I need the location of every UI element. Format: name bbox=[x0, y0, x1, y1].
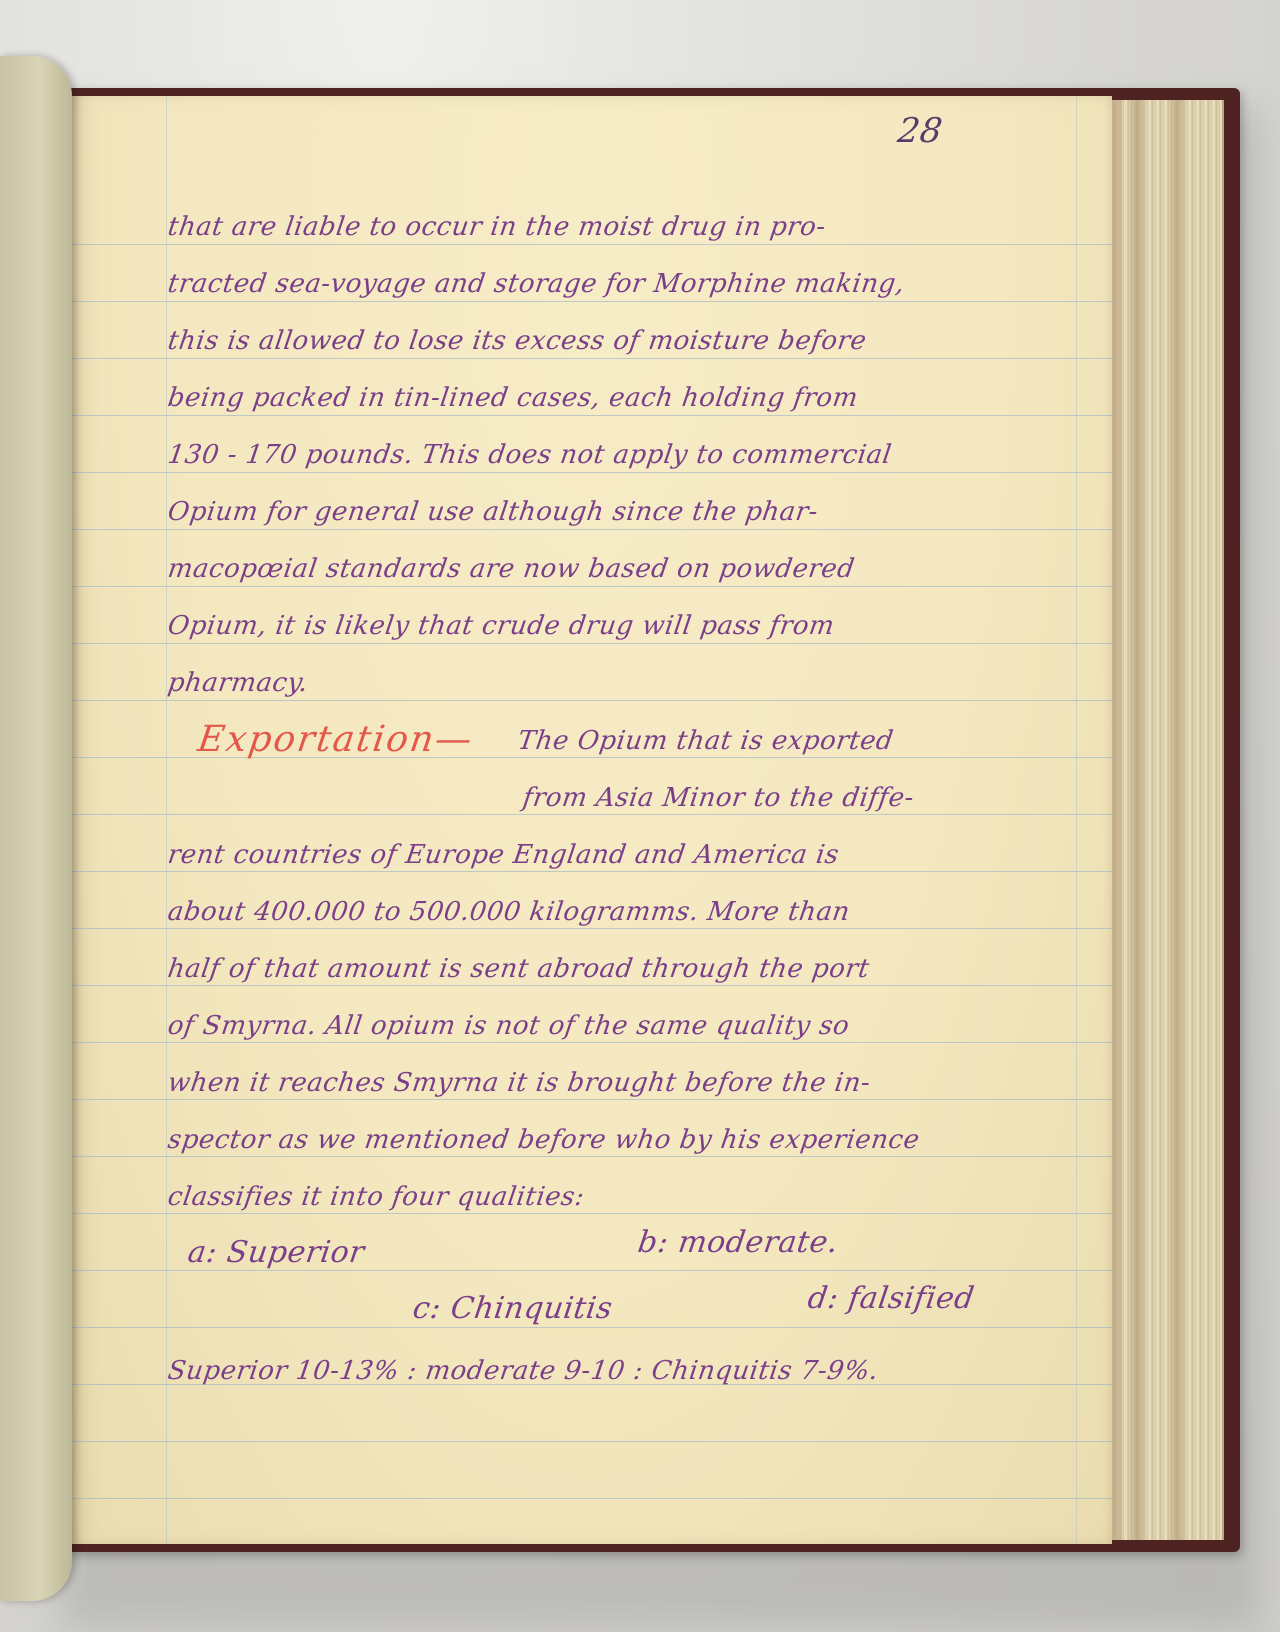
ruled-line bbox=[68, 814, 1112, 815]
ruled-line bbox=[68, 700, 1112, 701]
ruled-line bbox=[68, 1270, 1112, 1271]
page-edges bbox=[1100, 100, 1224, 1540]
ruled-line bbox=[68, 1099, 1112, 1100]
text-line: that are liable to occur in the moist dr… bbox=[166, 214, 827, 240]
text-line: Opium for general use although since the… bbox=[166, 499, 820, 525]
quality-percentages: Superior 10-13% : moderate 9-10 : Chinqu… bbox=[166, 1358, 880, 1384]
text-line: tracted sea-voyage and storage for Morph… bbox=[166, 271, 906, 297]
ruled-line bbox=[68, 301, 1112, 302]
section-lead-continued: from Asia Minor to the diffe- bbox=[521, 785, 916, 811]
text-line: 130 - 170 pounds. This does not apply to… bbox=[166, 442, 893, 468]
ruled-line bbox=[68, 358, 1112, 359]
quality-c: c: Chinquitis bbox=[411, 1294, 615, 1324]
text-line: half of that amount is sent abroad throu… bbox=[166, 956, 871, 982]
section-lead: The Opium that is exported bbox=[516, 728, 895, 754]
text-line: this is allowed to lose its excess of mo… bbox=[166, 328, 868, 354]
ruled-line bbox=[68, 1156, 1112, 1157]
ruled-line bbox=[68, 529, 1112, 530]
quality-a: a: Superior bbox=[186, 1238, 366, 1268]
ruled-line bbox=[68, 1327, 1112, 1328]
section-heading: Exportation— bbox=[195, 722, 475, 758]
ruled-line bbox=[68, 1042, 1112, 1043]
ruled-line bbox=[68, 985, 1112, 986]
ruled-line bbox=[68, 244, 1112, 245]
ruled-line bbox=[68, 1213, 1112, 1214]
text-line: classifies it into four qualities: bbox=[166, 1184, 586, 1210]
text-line: pharmacy. bbox=[166, 670, 310, 696]
text-line: of Smyrna. All opium is not of the same … bbox=[166, 1013, 851, 1039]
text-line: about 400.000 to 500.000 kilogramms. Mor… bbox=[166, 899, 851, 925]
ruled-line bbox=[68, 586, 1112, 587]
quality-b: b: moderate. bbox=[636, 1228, 840, 1258]
text-line: Opium, it is likely that crude drug will… bbox=[166, 613, 836, 639]
notebook-page: 28 that are liable to occur in the moist… bbox=[68, 96, 1112, 1544]
text-line: macopœial standards are now based on pow… bbox=[166, 556, 856, 582]
ruled-line bbox=[68, 928, 1112, 929]
ruled-line bbox=[68, 643, 1112, 644]
quality-d: d: falsified bbox=[806, 1284, 976, 1314]
ruled-line bbox=[68, 472, 1112, 473]
text-line: spector as we mentioned before who by hi… bbox=[166, 1127, 921, 1153]
ruled-line bbox=[68, 1498, 1112, 1499]
ruled-line bbox=[68, 415, 1112, 416]
text-line: being packed in tin-lined cases, each ho… bbox=[166, 385, 860, 411]
text-line: rent countries of Europe England and Ame… bbox=[166, 842, 841, 868]
page-number: 28 bbox=[896, 114, 945, 148]
text-line: when it reaches Smyrna it is brought bef… bbox=[166, 1070, 872, 1096]
ruled-line bbox=[68, 871, 1112, 872]
ruled-line bbox=[68, 1441, 1112, 1442]
left-page-curl bbox=[0, 56, 72, 1601]
